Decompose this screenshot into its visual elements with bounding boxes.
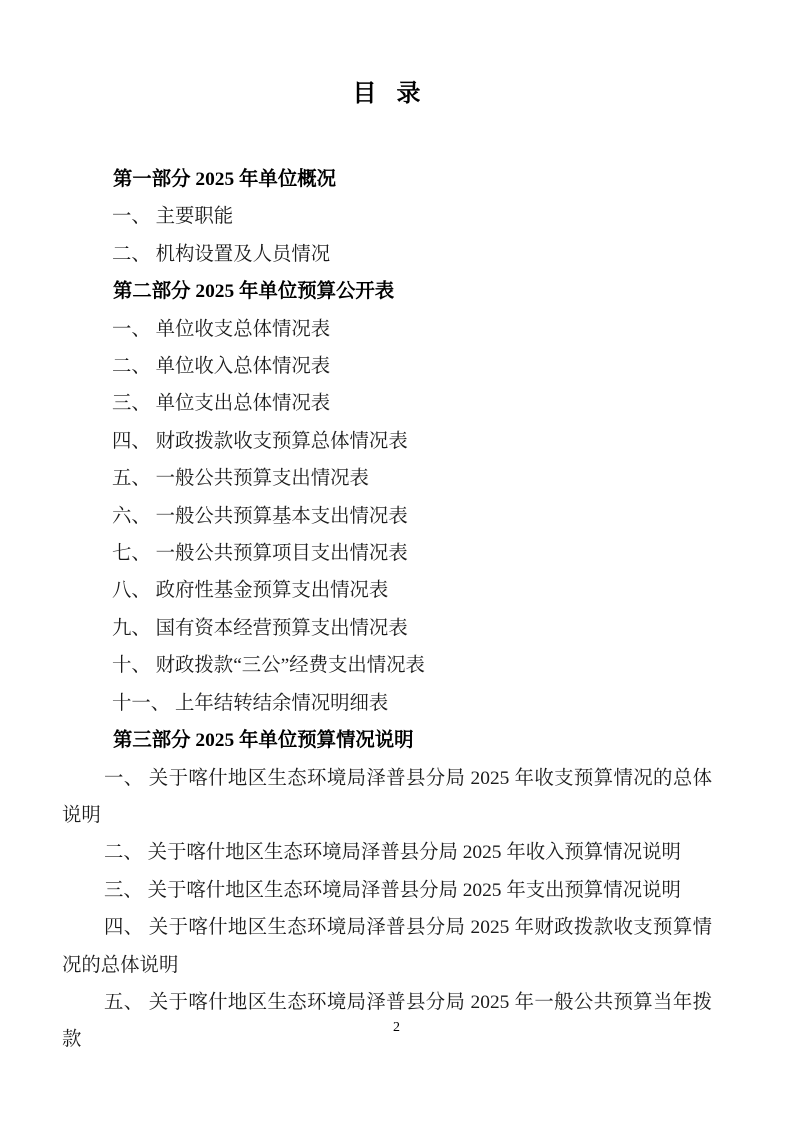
toc-entry: 九、 国有资本经营预算支出情况表: [62, 610, 712, 647]
toc-entry: 二、 关于喀什地区生态环境局泽普县分局 2025 年收入预算情况说明: [62, 834, 712, 871]
toc-entry: 三、 关于喀什地区生态环境局泽普县分局 2025 年支出预算情况说明: [62, 872, 712, 909]
document-page: 目 录 第一部分 2025 年单位概况 一、 主要职能 二、 机构设置及人员情况…: [0, 0, 793, 1122]
toc-entry: 一、 关于喀什地区生态环境局泽普县分局 2025 年收支预算情况的总体说明: [62, 760, 712, 835]
toc-entry: 五、 一般公共预算支出情况表: [62, 460, 712, 497]
toc-entry: 一、 单位收支总体情况表: [62, 311, 712, 348]
toc-entry: 十、 财政拨款“三公”经费支出情况表: [62, 647, 712, 684]
section-heading-part1: 第一部分 2025 年单位概况: [62, 161, 712, 198]
toc-entry: 六、 一般公共预算基本支出情况表: [62, 498, 712, 535]
toc-entry: 三、 单位支出总体情况表: [62, 385, 712, 422]
page-number: 2: [0, 1020, 793, 1036]
section-heading-part3: 第三部分 2025 年单位预算情况说明: [62, 722, 712, 759]
toc-entry: 七、 一般公共预算项目支出情况表: [62, 535, 712, 572]
toc-entry: 四、 财政拨款收支预算总体情况表: [62, 423, 712, 460]
toc-entry: 二、 单位收入总体情况表: [62, 348, 712, 385]
document-title: 目 录: [62, 80, 712, 108]
toc-entry: 二、 机构设置及人员情况: [62, 236, 712, 273]
section-heading-part2: 第二部分 2025 年单位预算公开表: [62, 273, 712, 310]
table-of-contents: 第一部分 2025 年单位概况 一、 主要职能 二、 机构设置及人员情况 第二部…: [62, 161, 712, 1059]
toc-entry: 十一、 上年结转结余情况明细表: [62, 685, 712, 722]
toc-entry: 四、 关于喀什地区生态环境局泽普县分局 2025 年财政拨款收支预算情况的总体说…: [62, 909, 712, 984]
toc-entry: 八、 政府性基金预算支出情况表: [62, 572, 712, 609]
toc-entry: 一、 主要职能: [62, 198, 712, 235]
